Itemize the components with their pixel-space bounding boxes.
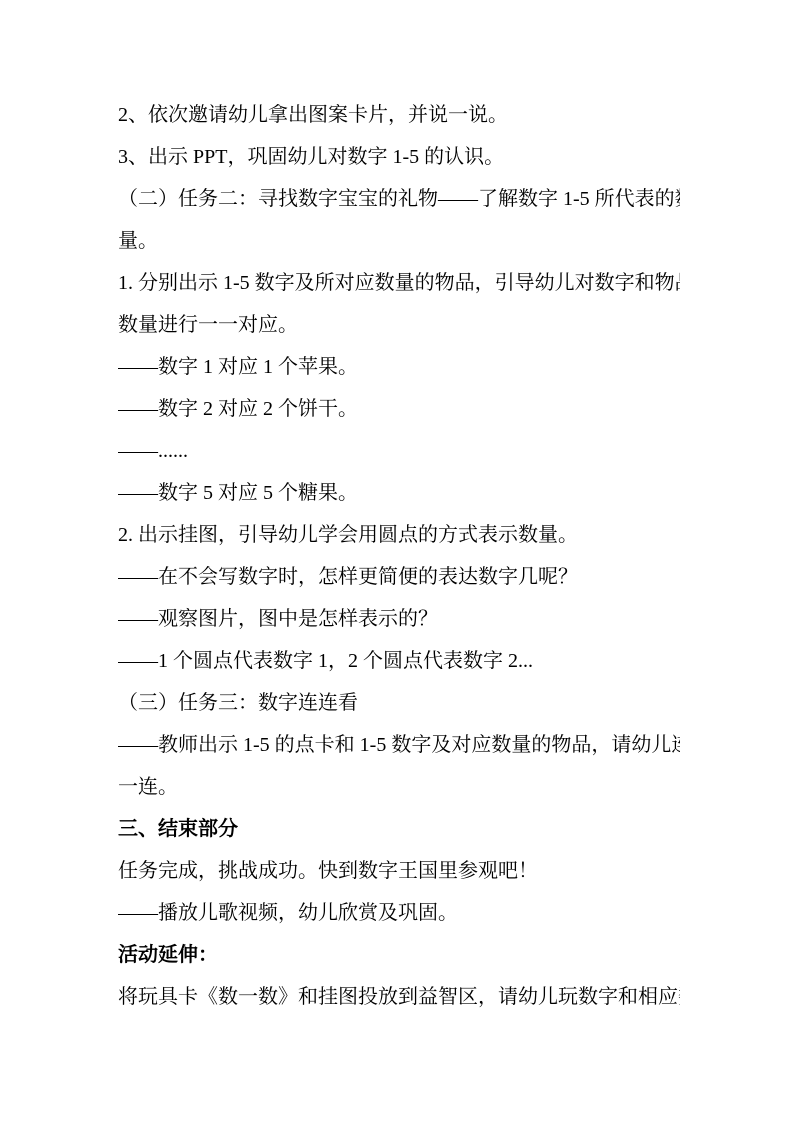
text-line: 一连。 [118, 766, 680, 808]
text-line: ——在不会写数字时，怎样更简便的表达数字几呢？ [118, 556, 680, 598]
text-line: 将玩具卡《数一数》和挂图投放到益智区，请幼儿玩数字和相应数 [118, 976, 680, 1018]
text-line: ——数字 5 对应 5 个糖果。 [118, 472, 680, 514]
text-line: ——教师出示 1-5 的点卡和 1-5 数字及对应数量的物品，请幼儿连 [118, 724, 680, 766]
text-line: （二）任务二：寻找数字宝宝的礼物——了解数字 1-5 所代表的数 [118, 178, 680, 220]
text-line: ——1 个圆点代表数字 1，2 个圆点代表数字 2... [118, 640, 680, 682]
text-line: ——播放儿歌视频，幼儿欣赏及巩固。 [118, 892, 680, 934]
text-line: 2、依次邀请幼儿拿出图案卡片，并说一说。 [118, 94, 680, 136]
text-line: 2. 出示挂图，引导幼儿学会用圆点的方式表示数量。 [118, 514, 680, 556]
text-line: 数量进行一一对应。 [118, 304, 680, 346]
text-line: 量。 [118, 220, 680, 262]
document-body: 2、依次邀请幼儿拿出图案卡片，并说一说。 3、出示 PPT，巩固幼儿对数字 1-… [118, 94, 680, 1018]
text-line: ——数字 2 对应 2 个饼干。 [118, 388, 680, 430]
text-line: （三）任务三：数字连连看 [118, 682, 680, 724]
text-line: ——观察图片，图中是怎样表示的？ [118, 598, 680, 640]
text-line: ——数字 1 对应 1 个苹果。 [118, 346, 680, 388]
text-line: 3、出示 PPT，巩固幼儿对数字 1-5 的认识。 [118, 136, 680, 178]
section-heading: 三、结束部分 [118, 808, 680, 850]
document-page: 2、依次邀请幼儿拿出图案卡片，并说一说。 3、出示 PPT，巩固幼儿对数字 1-… [0, 0, 794, 1123]
text-line: ——...... [118, 430, 680, 472]
text-line: 1. 分别出示 1-5 数字及所对应数量的物品，引导幼儿对数字和物品 [118, 262, 680, 304]
text-line: 任务完成，挑战成功。快到数字王国里参观吧！ [118, 850, 680, 892]
section-heading: 活动延伸： [118, 934, 680, 976]
